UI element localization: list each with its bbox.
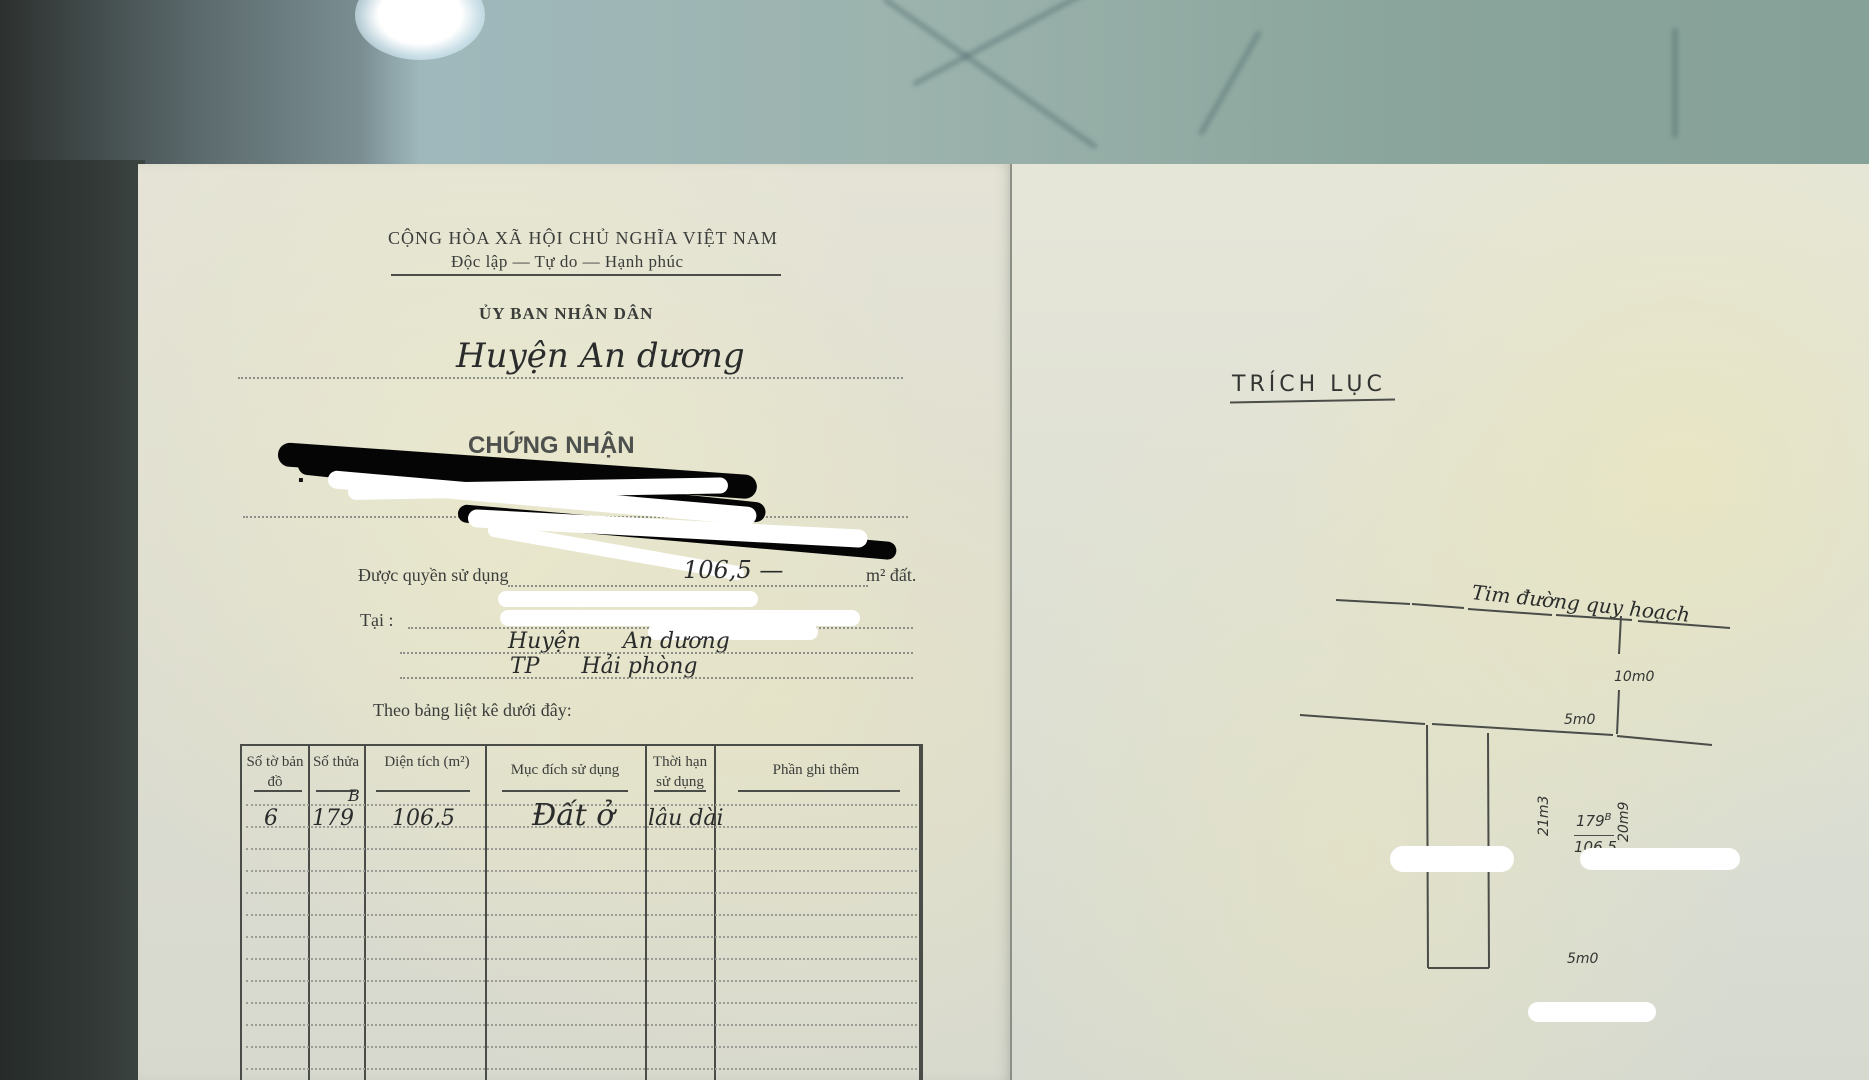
column-divider: [919, 746, 921, 1080]
left-page: CỘNG HÒA XÃ HỘI CHỦ NGHĨA VIỆT NAM Độc l…: [138, 164, 1012, 1080]
cell-purpose: Đất ở: [532, 798, 614, 833]
cell-parcel-suffix: B: [348, 786, 360, 805]
header-underline: [376, 790, 470, 792]
ruled-line: [246, 980, 917, 982]
ruled-line: [246, 1046, 917, 1048]
plot-diagram: [1012, 164, 1869, 1080]
area-unit: m² đất.: [866, 565, 916, 586]
dotted-line: [400, 677, 913, 679]
redaction-mark: [1580, 848, 1740, 870]
cell-parcel-no: 179: [312, 806, 354, 831]
header-map-sheet: Số tờ bản đồ: [244, 752, 306, 792]
location-city: TP Hải phòng: [510, 654, 698, 679]
ruled-line: [246, 914, 917, 916]
location-label: Tại :: [360, 610, 394, 631]
marble-vein: [882, 0, 1098, 150]
cell-term: lâu dài: [648, 806, 724, 831]
header-underline: [654, 790, 706, 792]
land-certificate-document: CỘNG HÒA XÃ HỘI CHỦ NGHĨA VIỆT NAM Độc l…: [138, 164, 1869, 1080]
ruled-line: [246, 1002, 917, 1004]
ruled-line: [246, 1024, 917, 1026]
desk-edge: [0, 160, 145, 1080]
header-term: Thời hạn sử dụng: [647, 752, 713, 792]
header-notes: Phần ghi thêm: [716, 760, 916, 780]
redaction-mark: [1528, 1002, 1656, 1022]
column-divider: [364, 746, 366, 1080]
authority-label: ỦY BAN NHÂN DÂN: [479, 304, 653, 324]
column-divider: [645, 746, 647, 1080]
header-underline: [502, 790, 628, 792]
ruled-line: [246, 1068, 917, 1070]
motto: Độc lập — Tự do — Hạnh phúc: [451, 252, 684, 272]
header-purpose: Mục đích sử dụng: [487, 760, 643, 780]
cell-area: 106,5: [392, 806, 455, 831]
location-district: Huyện An dương: [508, 629, 730, 654]
marble-vein: [1672, 28, 1678, 138]
header-underline: [254, 790, 302, 792]
column-divider: [485, 746, 487, 1080]
dotted-line: [238, 377, 903, 379]
header-rule: [391, 274, 781, 276]
header-area: Diện tích (m²): [382, 752, 472, 772]
marble-vein: [911, 0, 1108, 87]
certificate-title: CHỨNG NHẬN: [468, 432, 635, 460]
column-divider: [714, 746, 716, 1080]
ruled-line: [246, 892, 917, 894]
marble-vein: [1197, 30, 1262, 137]
redaction-mark: [498, 591, 758, 607]
country-heading: CỘNG HÒA XÃ HỘI CHỦ NGHĨA VIỆT NAM: [388, 228, 778, 249]
header-underline: [738, 790, 900, 792]
redaction-mark: [1390, 846, 1514, 872]
parcel-table: Số tờ bản đồ Số thửa Diện tích (m²) Mục …: [240, 744, 923, 1080]
column-divider: [308, 746, 310, 1080]
area-value: 106,5 —: [683, 556, 783, 584]
dotted-line: [508, 585, 868, 587]
ruled-line: [246, 848, 917, 850]
ruled-line: [246, 958, 917, 960]
light-glare: [355, 0, 485, 60]
right-of-use-label: Được quyền sử dụng: [358, 565, 509, 586]
page-fold: [1010, 164, 1012, 1080]
authority-name: Huyện An dương: [456, 336, 745, 376]
header-parcel-no: Số thửa: [310, 752, 362, 772]
right-page: TRÍCH LỤC Tim đường quy hoạch 10m0 5m0 5…: [1012, 164, 1869, 1080]
ruled-line: [246, 870, 917, 872]
table-intro: Theo bảng liệt kê dưới đây:: [373, 700, 572, 721]
stamp-mark: ▪: [298, 472, 304, 490]
ruled-line: [246, 936, 917, 938]
cell-map-sheet: 6: [264, 806, 278, 831]
